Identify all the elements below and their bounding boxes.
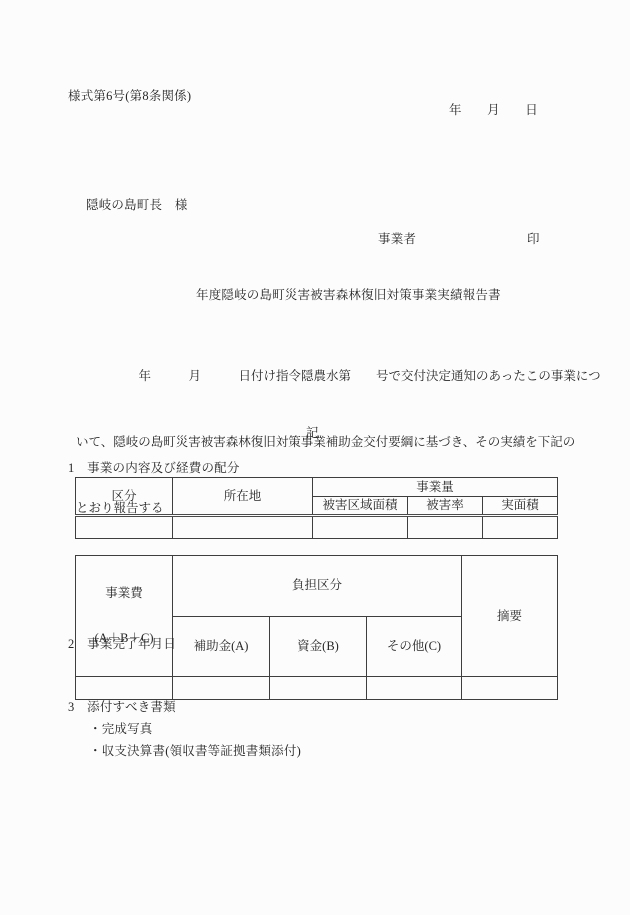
attachment-item-photo: ・完成写真 — [89, 719, 153, 737]
document-page: 様式第6号(第8条関係) 年 月 日 隠岐の島町長 様 事業者 印 年度隠岐の島… — [0, 0, 630, 915]
cost-breakdown-table: 事業費 (A＋B＋C) 負担区分 摘要 補助金(A) 資金(B) その他(C) — [75, 555, 558, 700]
date-blank-line: 年 月 日 — [449, 100, 538, 118]
empty-cell-shozaichi — [173, 516, 313, 539]
document-title: 年度隠岐の島町災害被害森林復旧対策事業実績報告書 — [196, 285, 501, 303]
col-header-sonota: その他(C) — [367, 616, 462, 677]
col-header-shozaichi: 所在地 — [173, 478, 313, 516]
col-header-tekiyo: 摘要 — [462, 556, 558, 677]
empty-cell-higairitsu — [408, 516, 483, 539]
body-line-1: 年 月 日付け指令隠農水第 号で交付決定通知のあったこの事業につ — [76, 365, 601, 387]
body-line-2: いて、隠岐の島町災害被害森林復旧対策事業補助金交付要綱に基づき、その実績を下記の — [76, 431, 601, 453]
addressee-line: 隠岐の島町長 様 — [86, 195, 188, 213]
empty-cell-jitsumenseki — [483, 516, 558, 539]
seal-label: 印 — [527, 229, 540, 247]
section2-heading: 2 事業完了年月日 — [68, 634, 176, 652]
project-content-table: 区分 所在地 事業量 被害区域面積 被害率 実面積 — [75, 477, 558, 539]
empty-cell-shikin — [270, 677, 367, 700]
col-header-jigyoryo: 事業量 — [313, 478, 558, 497]
empty-cell-sonota — [367, 677, 462, 700]
col-header-kubun: 区分 — [76, 478, 173, 516]
col-header-higai-kuiki-menseki: 被害区域面積 — [313, 497, 408, 516]
empty-cell-hojokin — [173, 677, 270, 700]
business-operator-label: 事業者 — [378, 229, 416, 247]
empty-cell-kubun — [76, 516, 173, 539]
section1-heading: 1 事業の内容及び経費の配分 — [68, 458, 240, 476]
col-header-futan-kubun: 負担区分 — [173, 556, 462, 617]
col-header-jitsumenseki: 実面積 — [483, 497, 558, 516]
table-row — [76, 516, 558, 539]
attachment-item-statement: ・収支決算書(領収書等証拠書類添付) — [89, 741, 301, 759]
col-header-hojokin: 補助金(A) — [173, 616, 270, 677]
col-header-jigyohi: 事業費 (A＋B＋C) — [76, 556, 173, 677]
col-header-higairitsu: 被害率 — [408, 497, 483, 516]
record-mark: 記 — [306, 423, 319, 441]
col-header-jigyohi-line1: 事業費 — [76, 586, 172, 601]
col-header-shikin: 資金(B) — [270, 616, 367, 677]
empty-cell-tekiyo — [462, 677, 558, 700]
section3-heading: 3 添付すべき書類 — [68, 697, 176, 715]
form-number: 様式第6号(第8条関係) — [68, 86, 191, 104]
empty-cell-higai-kuiki-menseki — [313, 516, 408, 539]
